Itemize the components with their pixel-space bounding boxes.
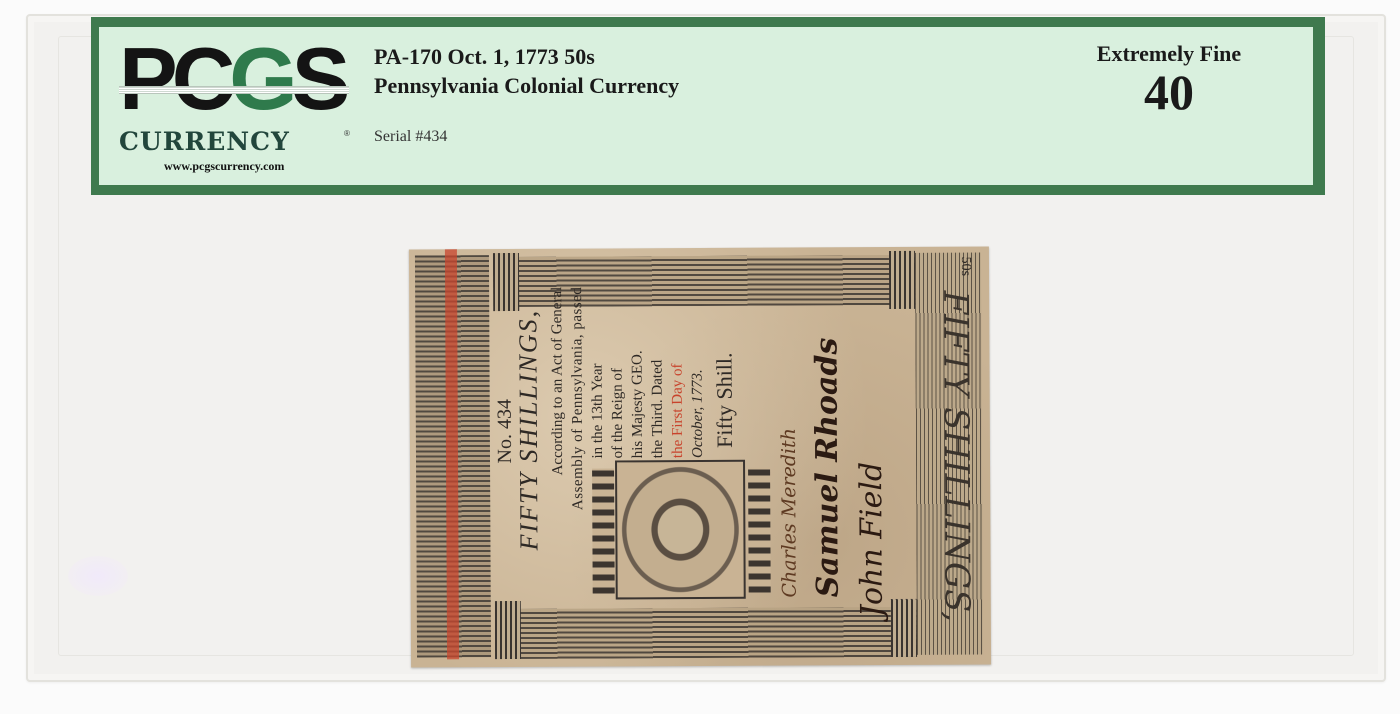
note-text-line: Assembly of Pennsylvania, passed — [569, 287, 587, 511]
crown-column-icon — [748, 468, 771, 593]
registered-mark-icon: ® — [344, 129, 350, 138]
note-text-line-red: the First Day of — [669, 288, 687, 458]
note-text-line: the Third. Dated — [649, 288, 667, 458]
logo-url: www.pcgscurrency.com — [164, 159, 284, 174]
serial-number: Serial #434 — [374, 128, 447, 146]
note-denomination-short: Fifty Shill. — [711, 308, 738, 448]
note-text-line: of the Reign of — [609, 288, 627, 458]
logo-stripe — [119, 86, 349, 94]
note-red-stripe — [445, 249, 459, 659]
signature-samuel-rhoads: Samuel Rhoads — [809, 297, 846, 597]
note-text-line: in the 13th Year — [589, 288, 607, 458]
label-panel: PCGS CURRENCY www.pcgscurrency.com ® PA-… — [99, 27, 1313, 185]
grading-label: PCGS CURRENCY www.pcgscurrency.com ® PA-… — [91, 17, 1325, 195]
holder-glare — [68, 556, 128, 596]
pcgs-logo: PCGS CURRENCY www.pcgscurrency.com ® — [119, 35, 349, 175]
note-series-title: Pennsylvania Colonial Currency — [374, 73, 679, 99]
note-text-line: According to an Act of General — [549, 287, 567, 476]
pillar-icon — [493, 253, 519, 311]
note-denomination-title: FIFTY SHILLINGS, — [513, 309, 544, 551]
pillar-icon — [891, 599, 917, 657]
coat-of-arms-icon — [615, 460, 746, 600]
logo-currency-text: CURRENCY — [119, 127, 290, 156]
note-text-line: October, 1773. — [689, 288, 707, 458]
corner-value: 50s — [957, 257, 973, 277]
logo-letters: PCGS — [119, 35, 344, 123]
banknote: FIFTY SHILLINGS, 50s No. 434 FIFTY SHILL… — [409, 246, 991, 667]
pillar-icon — [495, 601, 521, 659]
note-text-line: his Majesty GEO. — [629, 288, 647, 458]
right-border-text: FIFTY SHILLINGS, — [935, 267, 977, 647]
grade-number: 40 — [1064, 63, 1274, 121]
pillar-icon — [889, 251, 915, 309]
signature-john-field: John Field — [853, 297, 890, 617]
signature-charles-meredith: Charles Meredith — [777, 327, 800, 597]
crown-column-icon — [592, 468, 615, 593]
note-catalog-title: PA-170 Oct. 1, 1773 50s — [374, 44, 595, 70]
